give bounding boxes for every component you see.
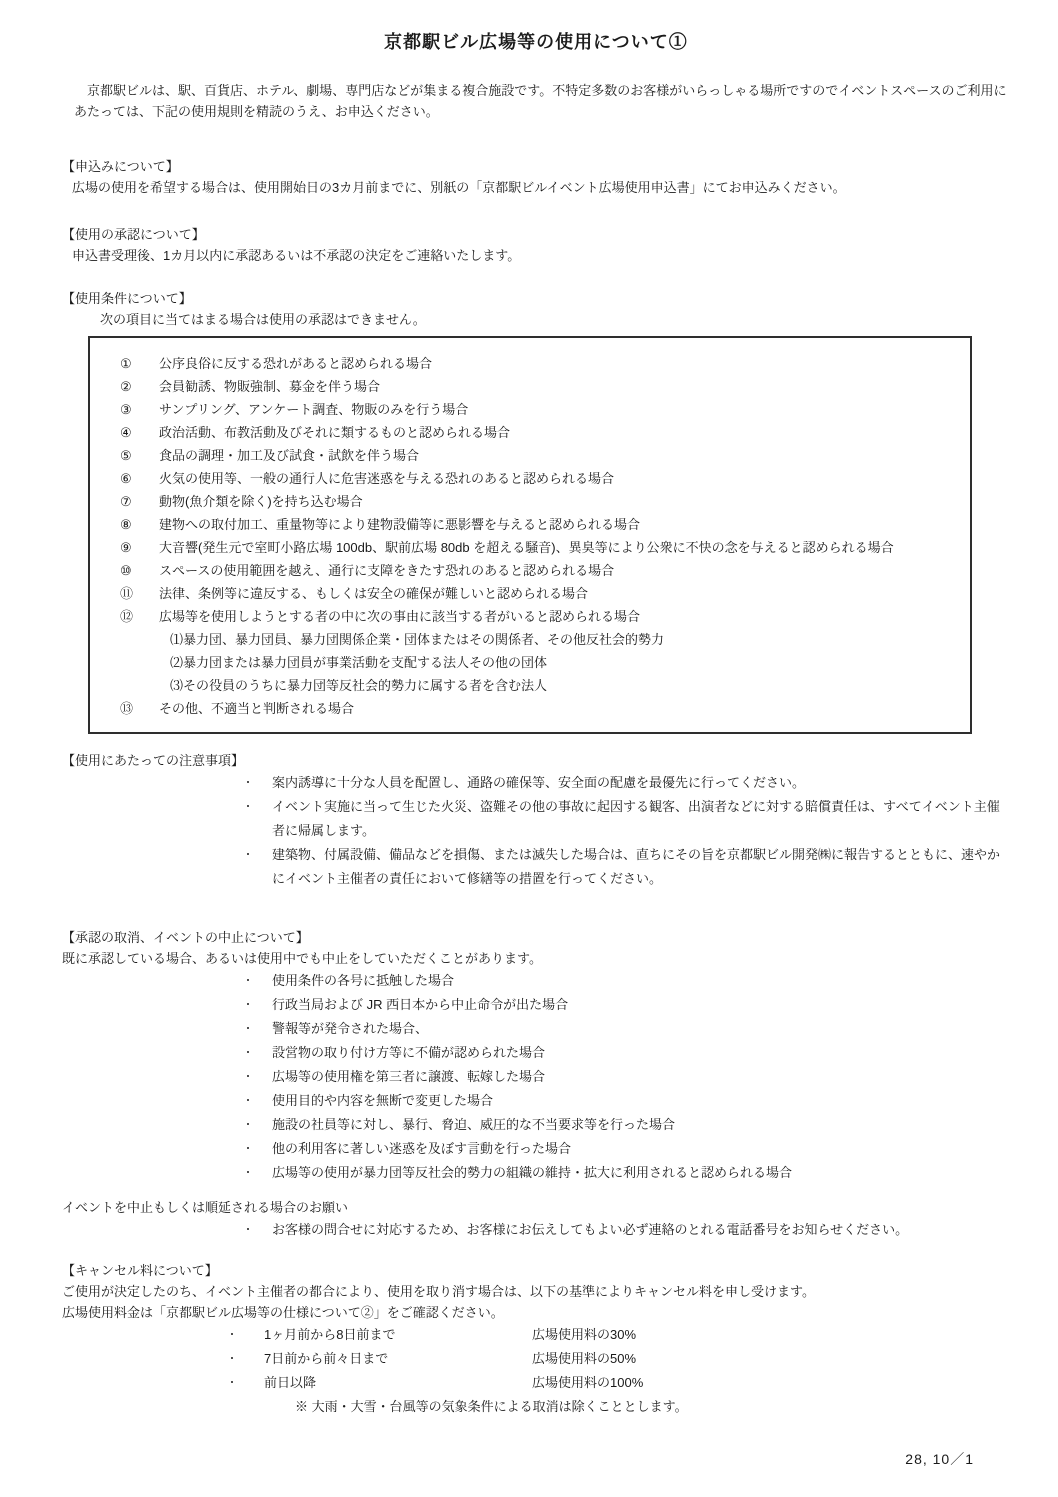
fee-row: ・ 1ヶ月前から8日前まで 広場使用料の30% — [222, 1323, 1010, 1347]
bullet-marker: ・ — [238, 795, 258, 843]
list-item: ・ 案内誘導に十分な人員を配置し、通路の確保等、安全面の配慮を最優先に行ってくだ… — [238, 771, 1010, 795]
bullet-text: お客様の問合せに対応するため、お客様にお伝えしてもよい必ず連絡のとれる電話番号を… — [272, 1218, 1010, 1242]
fee-row: ・ 7日前から前々日まで 広場使用料の50% — [222, 1347, 1010, 1371]
fee-period: 7日前から前々日まで — [264, 1347, 532, 1371]
condition-text: 法律、条例等に違反する、もしくは安全の確保が難しいと認められる場合 — [159, 582, 960, 605]
condition-item: ⑦ 動物(魚介類を除く)を持ち込む場合 — [120, 490, 960, 513]
condition-item: ④ 政治活動、布教活動及びそれに類するものと認められる場合 — [120, 421, 960, 444]
condition-text: その他、不適当と判断される場合 — [159, 697, 960, 720]
cancel-fee-body-2: 広場使用料金は「京都駅ビル広場等の仕様について②」をご確認ください。 — [62, 1302, 1010, 1323]
bullet-marker: ・ — [238, 771, 258, 795]
bullet-text: 他の利用客に著しい迷惑を及ぼす言動を行った場合 — [272, 1137, 1010, 1161]
bullet-marker: ・ — [238, 1089, 258, 1113]
bullet-marker: ・ — [238, 969, 258, 993]
list-item: ・ イベント実施に当って生じた火災、盗難その他の事故に起因する観客、出演者などに… — [238, 795, 1010, 843]
condition-number: ⑪ — [120, 582, 146, 605]
condition-number: ⑤ — [120, 444, 146, 467]
section-conditions: 【使用条件について】 次の項目に当てはまる場合は使用の承認はできません。 ① 公… — [62, 288, 1010, 734]
list-item: ・ 施設の社員等に対し、暴行、脅迫、威圧的な不当要求等を行った場合 — [238, 1113, 1010, 1137]
condition-item: ⑨ 大音響(発生元で室町小路広場 100db、駅前広場 80db を超える騒音)… — [120, 536, 960, 559]
list-item: ・ 使用条件の各号に抵触した場合 — [238, 969, 1010, 993]
bullet-text: イベント実施に当って生じた火災、盗難その他の事故に起因する観客、出演者などに対す… — [272, 795, 1010, 843]
section-application: 【申込みについて】 広場の使用を希望する場合は、使用開始日の3カ月前までに、別紙… — [62, 156, 1010, 198]
condition-number: ① — [120, 352, 146, 375]
section-approval: 【使用の承認について】 申込書受理後、1カ月以内に承認あるいは不承認の決定をご連… — [62, 224, 1010, 266]
conditions-lead: 次の項目に当てはまる場合は使用の承認はできません。 — [100, 309, 1010, 330]
condition-text: スペースの使用範囲を越え、通行に支障をきたす恐れのあると認められる場合 — [159, 559, 960, 582]
bullet-marker: ・ — [238, 843, 258, 891]
bullet-marker: ・ — [238, 1113, 258, 1137]
section-usage-notes: 【使用にあたっての注意事項】 ・ 案内誘導に十分な人員を配置し、通路の確保等、安… — [62, 750, 1010, 891]
bullet-text: 施設の社員等に対し、暴行、脅迫、威圧的な不当要求等を行った場合 — [272, 1113, 1010, 1137]
bullet-marker: ・ — [238, 1065, 258, 1089]
list-item: ・ 他の利用客に著しい迷惑を及ぼす言動を行った場合 — [238, 1137, 1010, 1161]
section-header-usage-notes: 【使用にあたっての注意事項】 — [62, 750, 1010, 771]
list-item: ・ 設営物の取り付け方等に不備が認められた場合 — [238, 1041, 1010, 1065]
condition-number: ⑫ — [120, 605, 146, 628]
list-item: ・ 行政当局および JR 西日本から中止命令が出た場合 — [238, 993, 1010, 1017]
bullet-marker: ・ — [222, 1371, 242, 1395]
section-header-cancel-fee: 【キャンセル料について】 — [62, 1260, 1010, 1281]
condition-text: 会員勧誘、物販強制、募金を伴う場合 — [159, 375, 960, 398]
condition-item: ① 公序良俗に反する恐れがあると認められる場合 — [120, 352, 960, 375]
list-item: ・ お客様の問合せに対応するため、お客様にお伝えしてもよい必ず連絡のとれる電話番… — [238, 1218, 1010, 1242]
condition-text: 火気の使用等、一般の通行人に危害迷惑を与える恐れのあると認められる場合 — [159, 467, 960, 490]
section-cancel-fee: 【キャンセル料について】 ご使用が決定したのち、イベント主催者の都合により、使用… — [62, 1260, 1010, 1419]
condition-item: ⑤ 食品の調理・加工及び試食・試飲を伴う場合 — [120, 444, 960, 467]
bullet-marker: ・ — [238, 1041, 258, 1065]
condition-subitem: ⑶その役員のうちに暴力団等反社会的勢力に属する者を含む法人 — [170, 674, 960, 697]
bullet-text: 警報等が発令された場合、 — [272, 1017, 1010, 1041]
list-item: ・ 使用目的や内容を無断で変更した場合 — [238, 1089, 1010, 1113]
cancellation-lead: 既に承認している場合、あるいは使用中でも中止をしていただくことがあります。 — [62, 948, 1010, 969]
section-body-application: 広場の使用を希望する場合は、使用開始日の3カ月前までに、別紙の「京都駅ビルイベン… — [72, 177, 1010, 198]
list-item: ・ 広場等の使用が暴力団等反社会的勢力の組織の維持・拡大に利用されると認められる… — [238, 1161, 1010, 1185]
bullet-marker: ・ — [238, 1161, 258, 1185]
fee-period: 前日以降 — [264, 1371, 532, 1395]
section-header-conditions: 【使用条件について】 — [62, 288, 1010, 309]
bullet-marker: ・ — [222, 1347, 242, 1371]
bullet-marker: ・ — [238, 1137, 258, 1161]
condition-text: 動物(魚介類を除く)を持ち込む場合 — [159, 490, 960, 513]
condition-subitem: ⑵暴力団または暴力団員が事業活動を支配する法人その他の団体 — [170, 651, 960, 674]
fee-amount: 広場使用料の50% — [532, 1347, 1010, 1371]
condition-item: ② 会員勧誘、物販強制、募金を伴う場合 — [120, 375, 960, 398]
condition-text: 政治活動、布教活動及びそれに類するものと認められる場合 — [159, 421, 960, 444]
bullet-text: 使用目的や内容を無断で変更した場合 — [272, 1089, 1010, 1113]
condition-number: ⑦ — [120, 490, 146, 513]
intro-paragraph: 京都駅ビルは、駅、百貨店、ホテル、劇場、専門店などが集まる複合施設です。不特定多… — [74, 80, 1010, 122]
section-header-cancellation: 【承認の取消、イベントの中止について】 — [62, 927, 1010, 948]
bullet-marker: ・ — [238, 1218, 258, 1242]
bullet-text: 建築物、付属設備、備品などを損傷、または滅失した場合は、直ちにその旨を京都駅ビル… — [272, 843, 1010, 891]
condition-number: ⑥ — [120, 467, 146, 490]
condition-number: ④ — [120, 421, 146, 444]
condition-number: ⑧ — [120, 513, 146, 536]
conditions-box: ① 公序良俗に反する恐れがあると認められる場合 ② 会員勧誘、物販強制、募金を伴… — [88, 336, 972, 734]
page-number: 28, 10／1 — [905, 1449, 974, 1469]
bullet-text: 使用条件の各号に抵触した場合 — [272, 969, 1010, 993]
list-item: ・ 建築物、付属設備、備品などを損傷、または滅失した場合は、直ちにその旨を京都駅… — [238, 843, 1010, 891]
section-body-approval: 申込書受理後、1カ月以内に承認あるいは不承認の決定をご連絡いたします。 — [72, 245, 1010, 266]
condition-number: ② — [120, 375, 146, 398]
condition-number: ③ — [120, 398, 146, 421]
fee-amount: 広場使用料の30% — [532, 1323, 1010, 1347]
condition-item: ③ サンプリング、アンケート調査、物販のみを行う場合 — [120, 398, 960, 421]
document-page: 京都駅ビル広場等の使用について① 京都駅ビルは、駅、百貨店、ホテル、劇場、専門店… — [0, 0, 1058, 1497]
list-item: ・ 警報等が発令された場合、 — [238, 1017, 1010, 1041]
fee-amount: 広場使用料の100% — [532, 1371, 1010, 1395]
condition-text: 大音響(発生元で室町小路広場 100db、駅前広場 80db を超える騒音)、異… — [159, 536, 960, 559]
fee-row: ・ 前日以降 広場使用料の100% — [222, 1371, 1010, 1395]
postpone-title: イベントを中止もしくは順延される場合のお願い — [62, 1197, 1010, 1218]
fee-period: 1ヶ月前から8日前まで — [264, 1323, 532, 1347]
bullet-text: 設営物の取り付け方等に不備が認められた場合 — [272, 1041, 1010, 1065]
bullet-marker: ・ — [238, 993, 258, 1017]
condition-text: 広場等を使用しようとする者の中に次の事由に該当する者がいると認められる場合 — [159, 605, 960, 628]
section-cancellation: 【承認の取消、イベントの中止について】 既に承認している場合、あるいは使用中でも… — [62, 927, 1010, 1185]
condition-item: ⑪ 法律、条例等に違反する、もしくは安全の確保が難しいと認められる場合 — [120, 582, 960, 605]
bullet-text: 広場等の使用権を第三者に譲渡、転嫁した場合 — [272, 1065, 1010, 1089]
bullet-text: 行政当局および JR 西日本から中止命令が出た場合 — [272, 993, 1010, 1017]
condition-number: ⑨ — [120, 536, 146, 559]
section-header-application: 【申込みについて】 — [62, 156, 1010, 177]
condition-text: 建物への取付加工、重量物等により建物設備等に悪影響を与えると認められる場合 — [159, 513, 960, 536]
section-postpone-request: イベントを中止もしくは順延される場合のお願い ・ お客様の問合せに対応するため、… — [62, 1197, 1010, 1242]
condition-subitem: ⑴暴力団、暴力団員、暴力団関係企業・団体またはその関係者、その他反社会的勢力 — [170, 628, 960, 651]
cancel-fee-body-1: ご使用が決定したのち、イベント主催者の都合により、使用を取り消す場合は、以下の基… — [62, 1281, 1010, 1302]
condition-number: ⑬ — [120, 697, 146, 720]
condition-item: ⑫ 広場等を使用しようとする者の中に次の事由に該当する者がいると認められる場合 — [120, 605, 960, 628]
list-item: ・ 広場等の使用権を第三者に譲渡、転嫁した場合 — [238, 1065, 1010, 1089]
condition-number: ⑩ — [120, 559, 146, 582]
condition-item: ⑬ その他、不適当と判断される場合 — [120, 697, 960, 720]
condition-text: 食品の調理・加工及び試食・試飲を伴う場合 — [159, 444, 960, 467]
condition-item: ⑩ スペースの使用範囲を越え、通行に支障をきたす恐れのあると認められる場合 — [120, 559, 960, 582]
bullet-marker: ・ — [222, 1323, 242, 1347]
condition-item: ⑥ 火気の使用等、一般の通行人に危害迷惑を与える恐れのあると認められる場合 — [120, 467, 960, 490]
weather-exception-note: ※ 大雨・大雪・台風等の気象条件による取消は除くこととします。 — [295, 1395, 1010, 1419]
page-title: 京都駅ビル広場等の使用について① — [62, 30, 1010, 54]
bullet-marker: ・ — [238, 1017, 258, 1041]
section-header-approval: 【使用の承認について】 — [62, 224, 1010, 245]
condition-text: 公序良俗に反する恐れがあると認められる場合 — [159, 352, 960, 375]
bullet-text: 広場等の使用が暴力団等反社会的勢力の組織の維持・拡大に利用されると認められる場合 — [272, 1161, 1010, 1185]
bullet-text: 案内誘導に十分な人員を配置し、通路の確保等、安全面の配慮を最優先に行ってください… — [272, 771, 1010, 795]
condition-item: ⑧ 建物への取付加工、重量物等により建物設備等に悪影響を与えると認められる場合 — [120, 513, 960, 536]
condition-text: サンプリング、アンケート調査、物販のみを行う場合 — [159, 398, 960, 421]
